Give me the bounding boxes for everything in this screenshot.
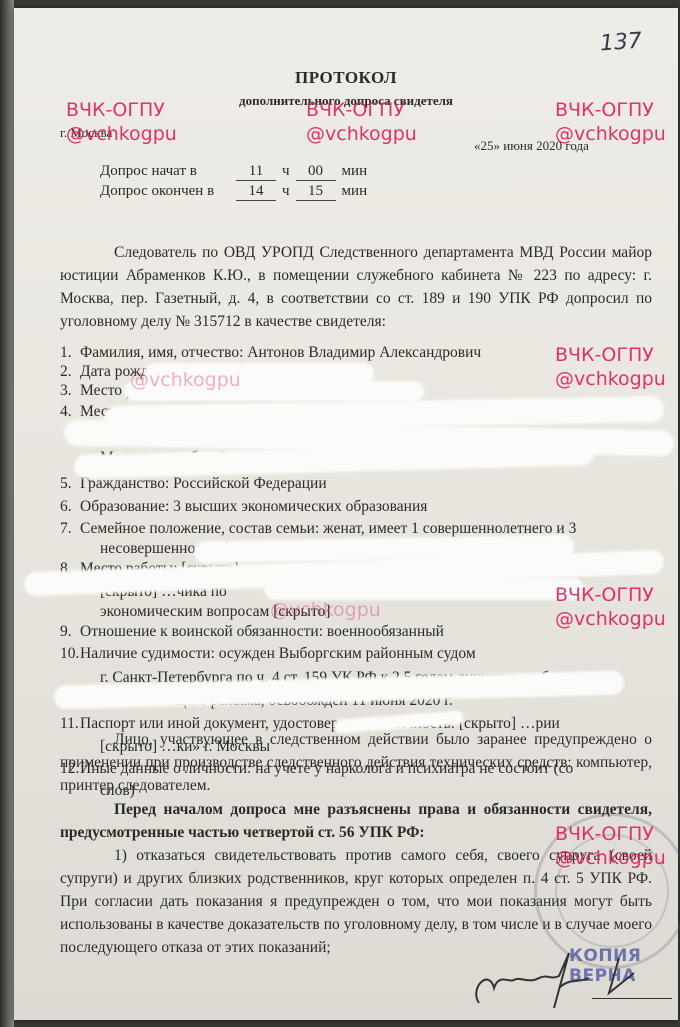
item-number: 9. xyxy=(60,620,80,643)
item-number: 10. xyxy=(60,642,80,665)
item-text: экономическим вопросам [скрыто] xyxy=(100,603,330,620)
item-number: 3. xyxy=(60,379,80,402)
minutes-unit: мин xyxy=(342,163,368,180)
item-text: Семейное положение, состав семьи: женат,… xyxy=(80,520,576,537)
document-subtitle: дополнительного допроса свидетеля xyxy=(14,93,678,109)
item-text: Отношение к воинской обязанности: военно… xyxy=(80,623,444,640)
document-title: ПРОТОКОЛ xyxy=(14,68,678,88)
witness-detail-item: 9.Отношение к воинской обязанности: воен… xyxy=(60,620,650,643)
interrogation-end-row: Допрос окончен в14ч15мин xyxy=(100,183,367,201)
signature-line xyxy=(592,998,672,999)
item-number: 5. xyxy=(60,472,80,495)
item-text: Наличие судимости: осужден Выборгским ра… xyxy=(80,645,476,662)
witness-detail-item: 10.Наличие судимости: осужден Выборгским… xyxy=(60,642,650,665)
page-number: 137 xyxy=(599,29,643,57)
minutes-unit: мин xyxy=(342,183,368,200)
hours-unit: ч xyxy=(282,183,290,200)
item-text: Фамилия, имя, отчество: Антонов Владимир… xyxy=(80,344,481,361)
document-date: «25» июня 2020 года xyxy=(474,138,589,154)
redaction xyxy=(124,381,424,401)
start-minutes: 00 xyxy=(296,163,336,181)
intro-paragraph: Следователь по ОВД УРОПД Следственного д… xyxy=(60,241,652,333)
tech-means-paragraph: Лицо, участвующее в следственном действи… xyxy=(60,728,652,797)
document-page: 137 ПРОТОКОЛ дополнительного допроса сви… xyxy=(14,8,678,1020)
hours-unit: ч xyxy=(282,163,290,180)
end-label: Допрос окончен в xyxy=(100,183,230,200)
item-number: 6. xyxy=(60,495,80,518)
interrogation-start-row: Допрос начат в11ч00мин xyxy=(100,163,367,181)
start-hours: 11 xyxy=(236,163,276,181)
end-hours: 14 xyxy=(236,183,276,201)
redaction xyxy=(264,578,584,600)
signature xyxy=(459,948,679,1018)
end-minutes: 15 xyxy=(296,183,336,201)
witness-detail-item: 6.Образование: 3 высших экономических об… xyxy=(60,495,650,518)
document-city: г. Москва xyxy=(60,125,112,141)
start-label: Допрос начат в xyxy=(100,163,230,180)
photo-background-edge xyxy=(0,0,14,1027)
item-text: Образование: 3 высших экономических обра… xyxy=(80,498,427,515)
